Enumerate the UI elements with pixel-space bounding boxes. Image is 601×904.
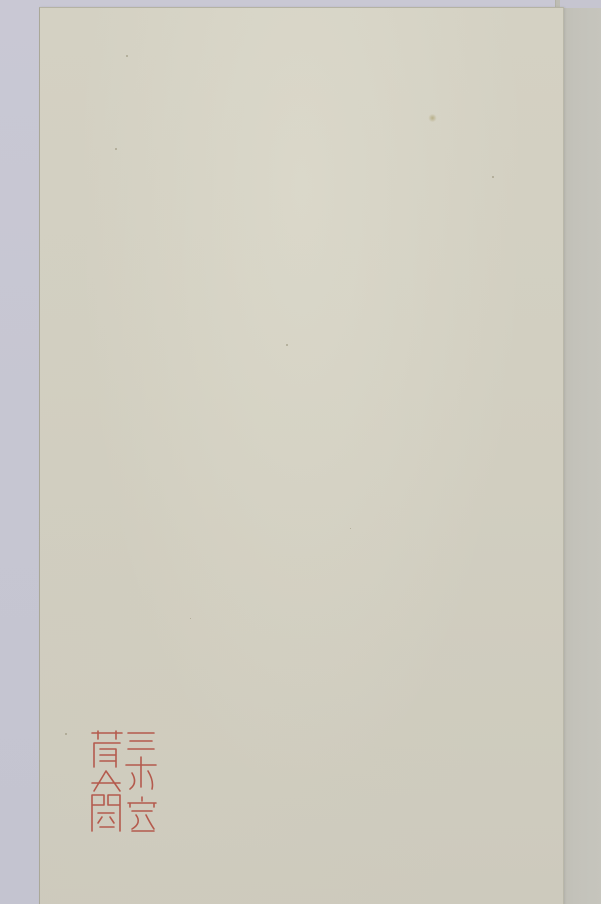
paper-speck	[492, 176, 494, 178]
paper-stain	[428, 114, 437, 122]
paper-speck	[115, 148, 117, 150]
paper-speck	[286, 344, 288, 346]
red-seal-stamp: Red seal impression	[86, 727, 160, 835]
backdrop-strip	[560, 0, 601, 8]
paper-speck	[350, 528, 351, 529]
paper-speck	[65, 733, 67, 735]
paper-speck	[126, 55, 128, 57]
seal-glyphs-icon	[86, 727, 160, 835]
paper-speck	[190, 618, 191, 619]
